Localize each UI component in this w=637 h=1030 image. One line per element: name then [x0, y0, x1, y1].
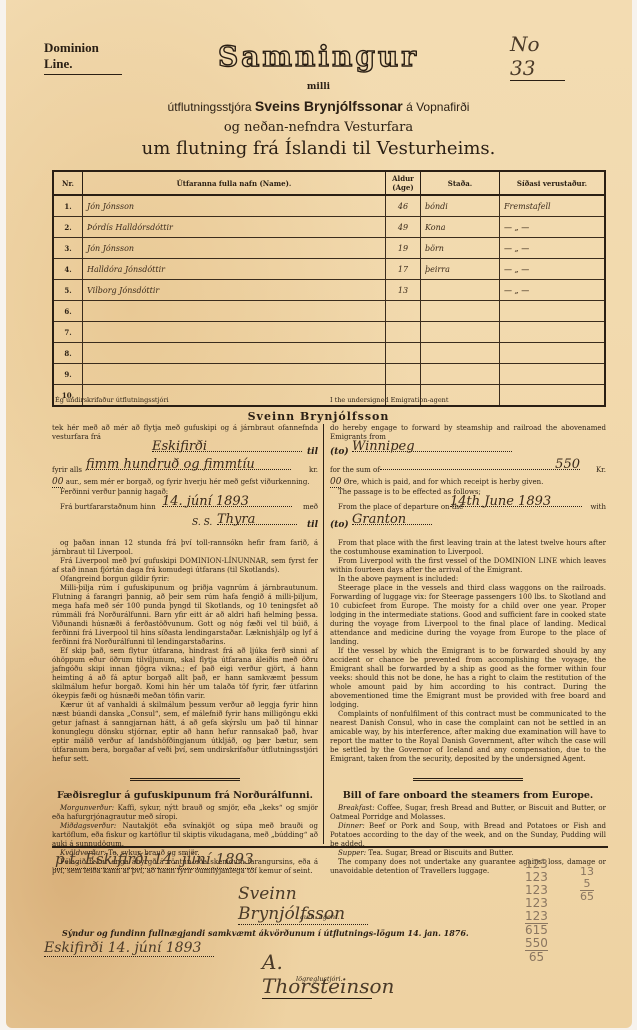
departure-date-en-field: 14th June 1893: [450, 497, 582, 507]
emigrant-name: Jón Jónsson: [83, 238, 386, 259]
subtitle-agent: útflutningsstjóra Sveins Brynjólfssonar …: [0, 98, 637, 114]
food-title-en: Bill of fare onboard the steamers from E…: [330, 791, 606, 800]
table-row: 4.Halldóra Jónsdóttir17þeirra— „ —: [53, 259, 605, 280]
approval-statement: Sýndur og fundinn fullnægjandi samkvæmt …: [62, 928, 469, 938]
pencil-side-tally: 13 5 65: [580, 866, 594, 903]
subtitle-transport: um flutning frá Íslandi til Vesturheims.: [0, 138, 637, 159]
place-date-signature: p.t. Eskifirði 14. júní 1893: [55, 850, 254, 869]
bottom-rule: [52, 846, 608, 848]
emigrant-table: Nr. Útfaranna fulla nafn (Name). Aldur (…: [52, 170, 606, 407]
col-sidast: Síðasi verustaður.: [500, 171, 606, 195]
table-header-row: Nr. Útfaranna fulla nafn (Name). Aldur (…: [53, 171, 605, 195]
emigrant-name: Vilborg Jónsdóttir: [83, 280, 386, 301]
emigrant-name: Halldóra Jónsdóttir: [83, 259, 386, 280]
destination-field: Winnipeg: [352, 442, 512, 452]
table-row: 8.: [53, 343, 605, 364]
document-title: Samningur: [0, 40, 637, 73]
col-nr: Nr.: [53, 171, 83, 195]
col-age: Aldur (Age): [386, 171, 421, 195]
police-label: lögreglustjóri.: [296, 975, 343, 983]
sum-words-field: fimm hundruð og fimmtíu: [86, 460, 291, 470]
sum-field: 550: [380, 460, 580, 470]
table-row: 6.: [53, 301, 605, 322]
auth-agent-label: auth. agent.: [300, 913, 340, 921]
table-row: 3.Jón Jónsson19börn— „ —: [53, 238, 605, 259]
food-title-is: Fæðisreglur á gufuskipunum frá Norðurálf…: [52, 791, 318, 800]
table-row: 7.: [53, 322, 605, 343]
col-name: Útfaranna fulla nafn (Name).: [83, 171, 386, 195]
table-row: 2.Þórdís Halldórsdóttir49Kona— „ —: [53, 217, 605, 238]
section-rule: [130, 778, 240, 781]
agent-name: Sveins Brynjólfssonar: [255, 98, 403, 114]
table-row: 1.Jón Jónsson46bóndiFremstafell: [53, 195, 605, 217]
table-row: 5.Vilborg Jónsdóttir13— „ —: [53, 280, 605, 301]
english-column: do hereby engage to forward by steamship…: [330, 424, 606, 876]
departure-date-field: 14. júní 1893: [162, 497, 292, 507]
agent-printed-name: Sveinn Brynjólfsson: [0, 410, 637, 423]
undersigned-is: Ég undirskrifaður útflutningsstjóri: [55, 396, 169, 404]
table-row: 9.: [53, 364, 605, 385]
icelandic-column: tek hér með að mér að flytja með gufuski…: [52, 424, 318, 876]
from-place-field: Eskifirði: [152, 442, 302, 452]
col-stada: Staða.: [421, 171, 500, 195]
emigrant-name: Þórdís Halldórsdóttir: [83, 217, 386, 238]
column-divider: [323, 424, 324, 844]
approval-date: Eskifirði 14. júní 1893: [44, 940, 214, 957]
emigrant-name: Jón Jónsson: [83, 195, 386, 217]
undersigned-en: I the undersigned Emigration-agent: [330, 396, 448, 404]
pencil-tally: 123 123 123 123 123 615 550 65: [525, 858, 548, 964]
subtitle-emigrants: og neðan-nefndra Vesturfara: [0, 120, 637, 135]
ship-field: Thyra: [217, 515, 297, 525]
section-rule: [413, 778, 523, 781]
subtitle-milli: milli: [0, 82, 637, 92]
port-field: Granton: [352, 515, 432, 525]
